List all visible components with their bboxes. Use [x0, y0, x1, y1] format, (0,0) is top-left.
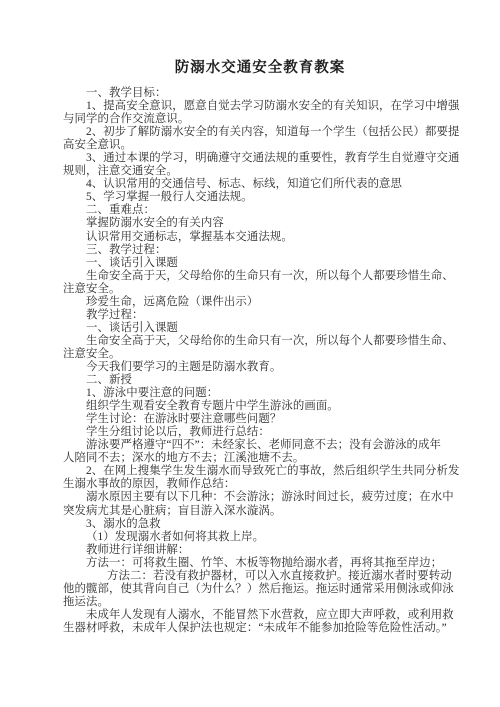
- document-lines: 一、教学目标：1、提高安全意识，愿意自觉去学习防溺水安全的有关知识，在学习中增强…: [63, 87, 457, 635]
- text-line: 未成年人发现有人溺水，不能冒然下水营救，应立即大声呼救，或利用救: [63, 609, 457, 622]
- text-line: 3、通过本课的学习，明确遵守交通法规的重要性，教育学生自觉遵守交通: [63, 152, 457, 165]
- document-page: 防溺水交通安全教育教案 一、教学目标：1、提高安全意识，愿意自觉去学习防溺水安全…: [0, 0, 500, 707]
- text-line: 组织学生观看安全教育专题片中学生游泳的画面。: [63, 400, 457, 413]
- text-line: 生命安全高于天，父母给你的生命只有一次，所以每个人都要珍惜生命、: [63, 335, 457, 348]
- text-line: 一、谈话引入课题: [63, 257, 457, 270]
- text-line: 三、教学过程：: [63, 244, 457, 257]
- text-line: 学生讨论：在游泳时要注意哪些问题？: [63, 413, 457, 426]
- text-line: 1、游泳中要注意的问题：: [63, 387, 457, 400]
- text-line: 人陪同不去；深水的地方不去；江溪池塘不去。: [63, 452, 457, 465]
- text-line: 注意安全。: [63, 348, 457, 361]
- text-line: 5、学习掌握一般行人交通法规。: [63, 191, 457, 204]
- text-line: 教学过程：: [63, 309, 457, 322]
- text-line: 生器材呼救，未成年人保护法也规定：“未成年不能参加抢险等危险性活动。”: [63, 622, 457, 635]
- text-line: 1、提高安全意识，愿意自觉去学习防溺水安全的有关知识，在学习中增强: [63, 100, 457, 113]
- text-line: 学生分组讨论以后，教师进行总结：: [63, 426, 457, 439]
- text-line: 突发病尤其是心脏病；盲目游入深水漩涡。: [63, 505, 457, 518]
- text-line: 今天我们要学习的主题是防溺水教育。: [63, 361, 457, 374]
- text-line: 一、教学目标：: [63, 87, 457, 100]
- text-line: 一、谈话引入课题: [63, 322, 457, 335]
- text-line: 方法二：若没有救护器材，可以入水直接救护。接近溺水者时要转动: [63, 570, 457, 583]
- text-line: 3、溺水的急救: [63, 518, 457, 531]
- text-line: 4、认识常用的交通信号、标志、标线，知道它们所代表的意思: [63, 178, 457, 191]
- document-title: 防溺水交通安全教育教案: [63, 58, 457, 78]
- text-line: 认识常用交通标志，掌握基本交通法规。: [63, 231, 457, 244]
- text-line: 掌握防溺水安全的有关内容: [63, 217, 457, 230]
- text-line: 注意安全。: [63, 283, 457, 296]
- text-line: 与同学的合作交流意识。: [63, 113, 457, 126]
- document-body: 防溺水交通安全教育教案 一、教学目标：1、提高安全意识，愿意自觉去学习防溺水安全…: [63, 58, 457, 635]
- text-line: 他的髋部，使其背向自己（为什么？）然后拖运。拖运时通常采用侧泳或仰泳: [63, 583, 457, 596]
- text-line: （1）发现溺水者如何将其救上岸。: [63, 531, 457, 544]
- text-line: 生溺水事故的原因，教师作总结：: [63, 478, 457, 491]
- text-line: 2、在网上搜集学生发生溺水而导致死亡的事故，然后组织学生共同分析发: [63, 465, 457, 478]
- text-line: 方法一：可将救生圈、竹竿、木板等物抛给溺水者，再将其拖至岸边；: [63, 557, 457, 570]
- text-line: 规则，注意交通安全。: [63, 165, 457, 178]
- text-line: 高安全意识。: [63, 139, 457, 152]
- text-line: 拖运法。: [63, 596, 457, 609]
- text-line: 二、重难点：: [63, 204, 457, 217]
- text-line: 二、新授: [63, 374, 457, 387]
- text-line: 2、初步了解防溺水安全的有关内容，知道每一个学生（包括公民）都要提: [63, 126, 457, 139]
- text-line: 珍爱生命，远离危险（课件出示）: [63, 296, 457, 309]
- text-line: 教师进行详细讲解：: [63, 544, 457, 557]
- text-line: 溺水原因主要有以下几种：不会游泳；游泳时间过长，疲劳过度；在水中: [63, 491, 457, 504]
- text-line: 游泳要严格遵守“四不”：未经家长、老师同意不去；没有会游泳的成年: [63, 439, 457, 452]
- text-line: 生命安全高于天，父母给你的生命只有一次，所以每个人都要珍惜生命、: [63, 270, 457, 283]
